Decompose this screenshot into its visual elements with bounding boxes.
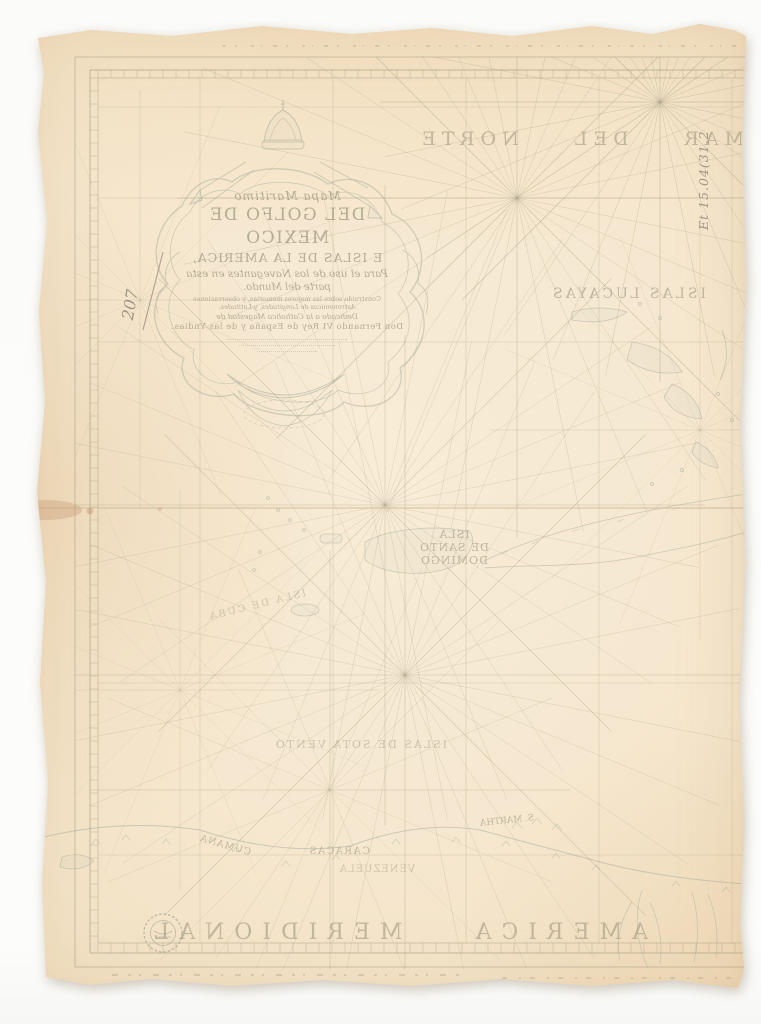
paper-fold: [32, 500, 746, 520]
rhumb-line: [405, 361, 535, 675]
cartouche-line-1: Mapa Maritimo: [165, 188, 409, 204]
label-isla-line2: DE SANTO: [394, 541, 514, 554]
rhumb-line: [517, 198, 746, 264]
cartouche-line-2: DEL GOLFO DE MEXICO: [165, 204, 409, 250]
rhumb-line: [517, 22, 746, 198]
rhumb-line: [89, 383, 385, 505]
rhumb-line: [700, 430, 746, 510]
rhumb-line: [405, 675, 719, 805]
cartouche-line-6: Construido sobre las mejores memorias, y…: [165, 295, 409, 304]
scan-background: MAR DEL NORTE ISLAS LUCAYAS ISLA DE SANT…: [0, 0, 761, 1024]
map-sheet-wrapper: MAR DEL NORTE ISLAS LUCAYAS ISLA DE SANT…: [32, 22, 746, 990]
rhumb-line: [328, 22, 517, 198]
rhumb-line: [180, 613, 365, 690]
rhumb-line: [405, 675, 645, 915]
illegible-imprint-line: [227, 336, 347, 340]
rhumb-line: [517, 198, 647, 512]
rhumb-line: [517, 22, 583, 198]
rhumb-line: [462, 22, 660, 102]
rhumb-line: [700, 350, 746, 430]
cartouche-line-3: E ISLAS DE LA AMERICA,: [165, 250, 409, 267]
illegible-imprint-line: [239, 342, 335, 346]
rhumb-line-network: [32, 22, 746, 990]
label-isla-santo-domingo: ISLA DE SANTO DOMINGO: [394, 528, 514, 567]
rhumb-line: [234, 22, 517, 198]
rhumb-line: [165, 675, 405, 915]
rhumb-line: [330, 620, 500, 790]
cartouche-line-5: parte del Mundo.: [165, 281, 409, 295]
rhumb-line: [387, 22, 517, 198]
rhumb-line: [277, 22, 517, 198]
rhumb-line: [32, 613, 180, 690]
rhumb-line: [517, 22, 647, 198]
label-caracas: CARACAS: [304, 846, 374, 857]
rhumb-line: [553, 22, 660, 102]
cartouche-line-4: Para el uso de los Navegantes en esta: [165, 267, 409, 281]
rhumb-line: [552, 430, 700, 578]
rhumb-line: [660, 22, 746, 102]
rhumb-line: [39, 690, 180, 831]
rhumb-line: [506, 430, 700, 510]
label-venezuela: VENEZUELA: [332, 864, 422, 875]
rhumb-line: [660, 22, 746, 102]
label-islas-lucayas: ISLAS LUCAYAS: [548, 286, 708, 302]
handwritten-shelfmark: Et 15.04(31,2: [696, 130, 711, 230]
rhumb-line: [330, 568, 422, 790]
label-isla-line3: DOMINGO: [394, 554, 514, 567]
rhumb-line: [660, 22, 746, 102]
rhumb-line: [60, 106, 140, 300]
rhumb-line: [330, 790, 422, 990]
rhumb-line: [700, 282, 746, 430]
rhumb-line: [60, 300, 140, 494]
rhumb-line: [660, 22, 746, 102]
rhumb-line: [180, 690, 321, 831]
cartouche-line-9: Don Fernando VI Rey de España y de las Y…: [165, 322, 409, 333]
rhumb-line: [401, 102, 660, 209]
label-america-meridional: AMERICA MERIDIONAL: [148, 920, 648, 945]
cartouche-line-8: Dedicado a la Catholica Magestad de: [165, 312, 409, 322]
rhumb-line: [660, 22, 746, 102]
rhumb-line: [451, 22, 517, 198]
title-cartouche-text: Mapa Maritimo DEL GOLFO DE MEXICO E ISLA…: [165, 188, 409, 354]
rhumb-line: [32, 690, 180, 767]
rhumb-line: [517, 198, 746, 328]
map-artwork: [32, 22, 746, 990]
label-islas-sotavento: ISLAS DE SOTA VENTO: [297, 738, 447, 751]
rhumb-line: [180, 549, 321, 690]
rhumb-line: [180, 505, 257, 690]
map-sheet-paper: MAR DEL NORTE ISLAS LUCAYAS ISLA DE SANT…: [32, 22, 746, 990]
rhumb-line: [103, 505, 180, 690]
rhumb-line: [620, 430, 700, 624]
rhumb-line: [401, 22, 660, 102]
rhumb-line: [160, 620, 330, 790]
rhumb-line: [275, 361, 405, 675]
label-isla-line1: ISLA: [394, 528, 514, 541]
rhumb-line: [238, 790, 330, 990]
rhumb-line: [504, 22, 660, 102]
cartouche-line-7: Astronomicas de Longitudes, y Latitudes.: [165, 303, 409, 312]
illegible-imprint-line: [257, 348, 317, 352]
rhumb-line: [517, 22, 746, 198]
rhumb-line: [103, 690, 180, 875]
rhumb-line: [517, 22, 706, 198]
rhumb-line: [39, 549, 180, 690]
